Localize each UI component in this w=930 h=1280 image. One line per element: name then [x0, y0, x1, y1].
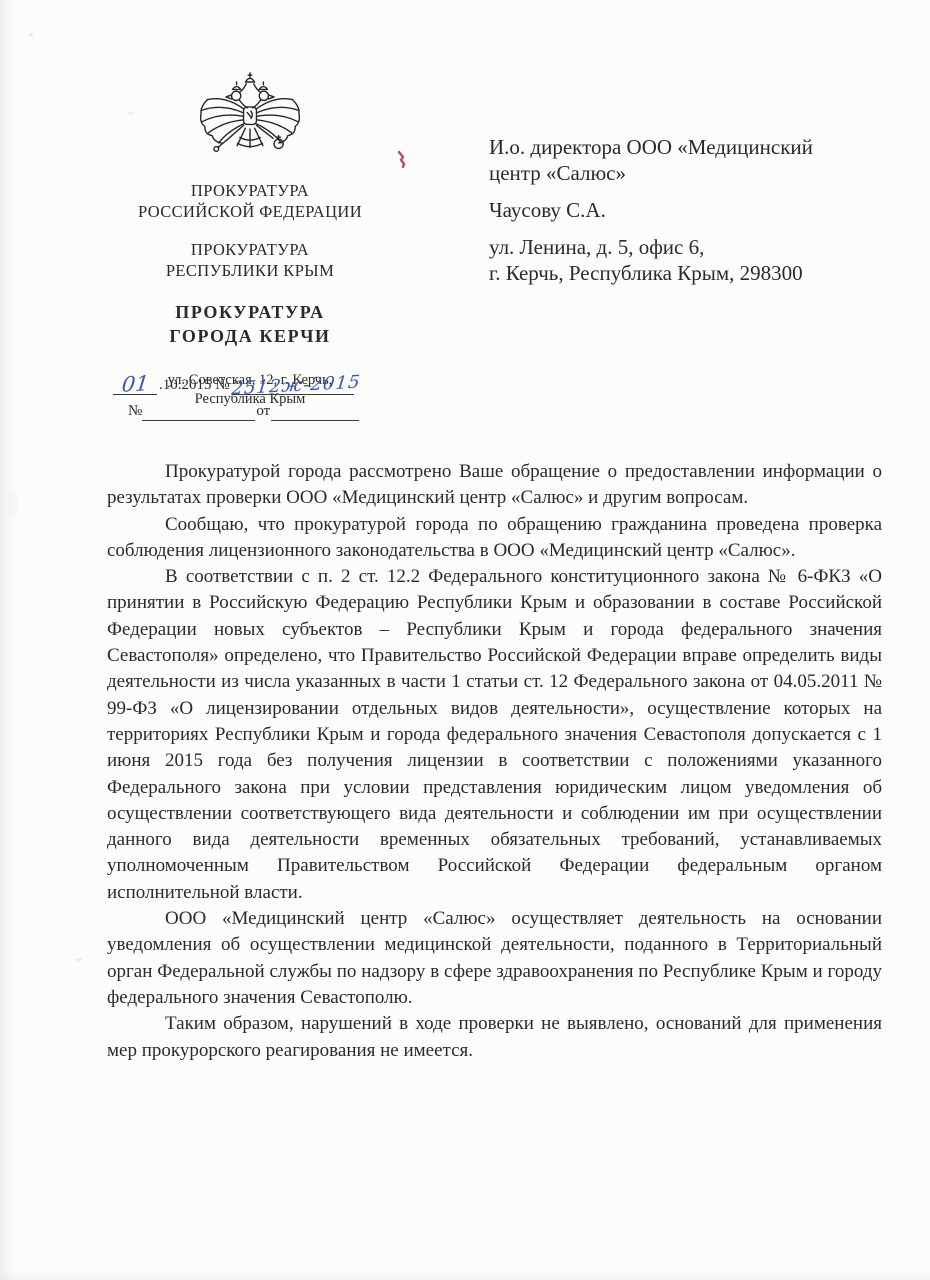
ref-from-blank — [271, 403, 359, 421]
recipient-name: Чаусову С.А. — [489, 197, 889, 223]
org-name-federation: ПРОКУРАТУРА РОССИЙСКОЙ ФЕДЕРАЦИИ — [100, 180, 400, 222]
org-name-city: ПРОКУРАТУРА ГОРОДА КЕРЧИ — [100, 300, 400, 348]
recipient-title-line: И.о. директора ООО «Медицинский — [489, 134, 889, 160]
org-line: ПРОКУРАТУРА — [100, 300, 400, 324]
paragraph-1: Прокуратурой города рассмотрено Ваше обр… — [107, 459, 882, 512]
org-line: РЕСПУБЛИКИ КРЫМ — [100, 260, 400, 281]
reference-line: № от — [128, 403, 359, 421]
handwritten-day: 01 — [120, 371, 149, 396]
recipient-address: ул. Ленина, д. 5, офис 6, г. Керчь, Респ… — [489, 234, 889, 286]
ref-from-label: от — [255, 403, 271, 419]
org-line: ГОРОДА КЕРЧИ — [100, 324, 400, 348]
recipient-block: И.о. директора ООО «Медицинский центр «С… — [489, 134, 889, 297]
emblem-wrap — [100, 70, 400, 170]
org-line: РОССИЙСКОЙ ФЕДЕРАЦИИ — [100, 201, 400, 222]
letter-body: Прокуратурой города рассмотрено Ваше обр… — [107, 459, 882, 1064]
handwritten-day-field: 01 — [113, 370, 157, 395]
handwritten-number-field: 2512ж-2015 — [232, 373, 354, 395]
org-name-republic: ПРОКУРАТУРА РЕСПУБЛИКИ КРЫМ — [100, 239, 400, 281]
recipient-address-line: г. Керчь, Республика Крым, 298300 — [489, 260, 889, 286]
org-line: ПРОКУРАТУРА — [100, 239, 400, 260]
recipient-title-line: центр «Салюс» — [489, 160, 889, 186]
ref-no-blank — [142, 403, 255, 421]
scan-speck — [8, 492, 18, 518]
scanned-letter-page: ПРОКУРАТУРА РОССИЙСКОЙ ФЕДЕРАЦИИ ПРОКУРА… — [0, 0, 930, 1280]
printed-date: .10.2015 № — [157, 377, 232, 393]
paragraph-2: Сообщаю, что прокуратурой города по обра… — [107, 512, 882, 565]
scan-speck — [29, 33, 33, 36]
org-line: ПРОКУРАТУРА — [100, 180, 400, 201]
letterhead: ПРОКУРАТУРА РОССИЙСКОЙ ФЕДЕРАЦИИ ПРОКУРА… — [100, 70, 400, 409]
date-line: 01.10.2015 №2512ж-2015 — [113, 370, 354, 395]
coat-of-arms-icon — [190, 70, 310, 166]
scan-speck — [76, 958, 82, 961]
recipient-title: И.о. директора ООО «Медицинский центр «С… — [489, 134, 889, 186]
paragraph-5: Таким образом, нарушений в ходе проверки… — [107, 1011, 882, 1064]
paragraph-3: В соответствии с п. 2 ст. 12.2 Федеральн… — [107, 564, 882, 906]
paragraph-4: ООО «Медицинский центр «Салюс» осуществл… — [107, 906, 882, 1011]
recipient-address-line: ул. Ленина, д. 5, офис 6, — [489, 234, 889, 260]
ref-no-label: № — [128, 403, 142, 419]
